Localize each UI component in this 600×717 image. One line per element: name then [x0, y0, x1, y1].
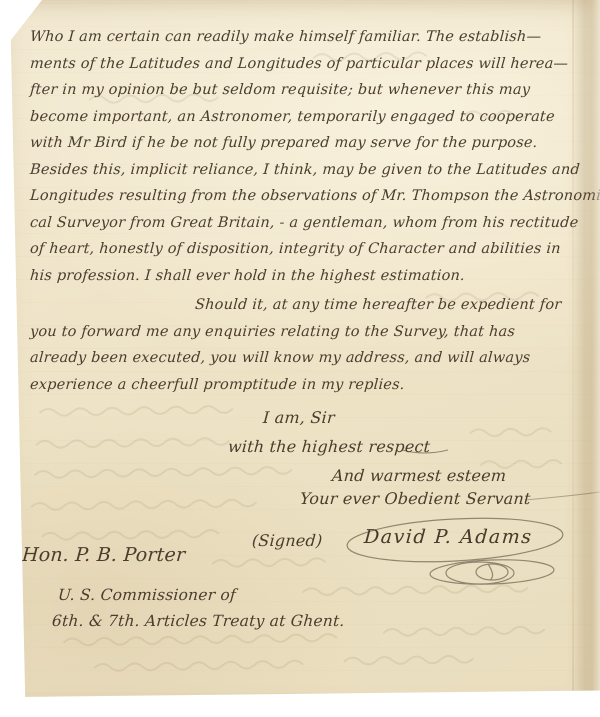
paper-crease	[572, 0, 574, 691]
scan-background: Who I am certain can readily make himsel…	[0, 0, 600, 717]
signature-flourish	[0, 0, 600, 717]
paper-fold-shadow	[572, 0, 600, 691]
address-title: U. S. Commissioner of	[57, 586, 236, 604]
address-recipient: Hon. P. B. Porter	[21, 544, 186, 566]
address-commission: 6th. & 7th. Articles Treaty at Ghent.	[51, 612, 345, 630]
letter-paper: Who I am certain can readily make himsel…	[0, 0, 600, 717]
